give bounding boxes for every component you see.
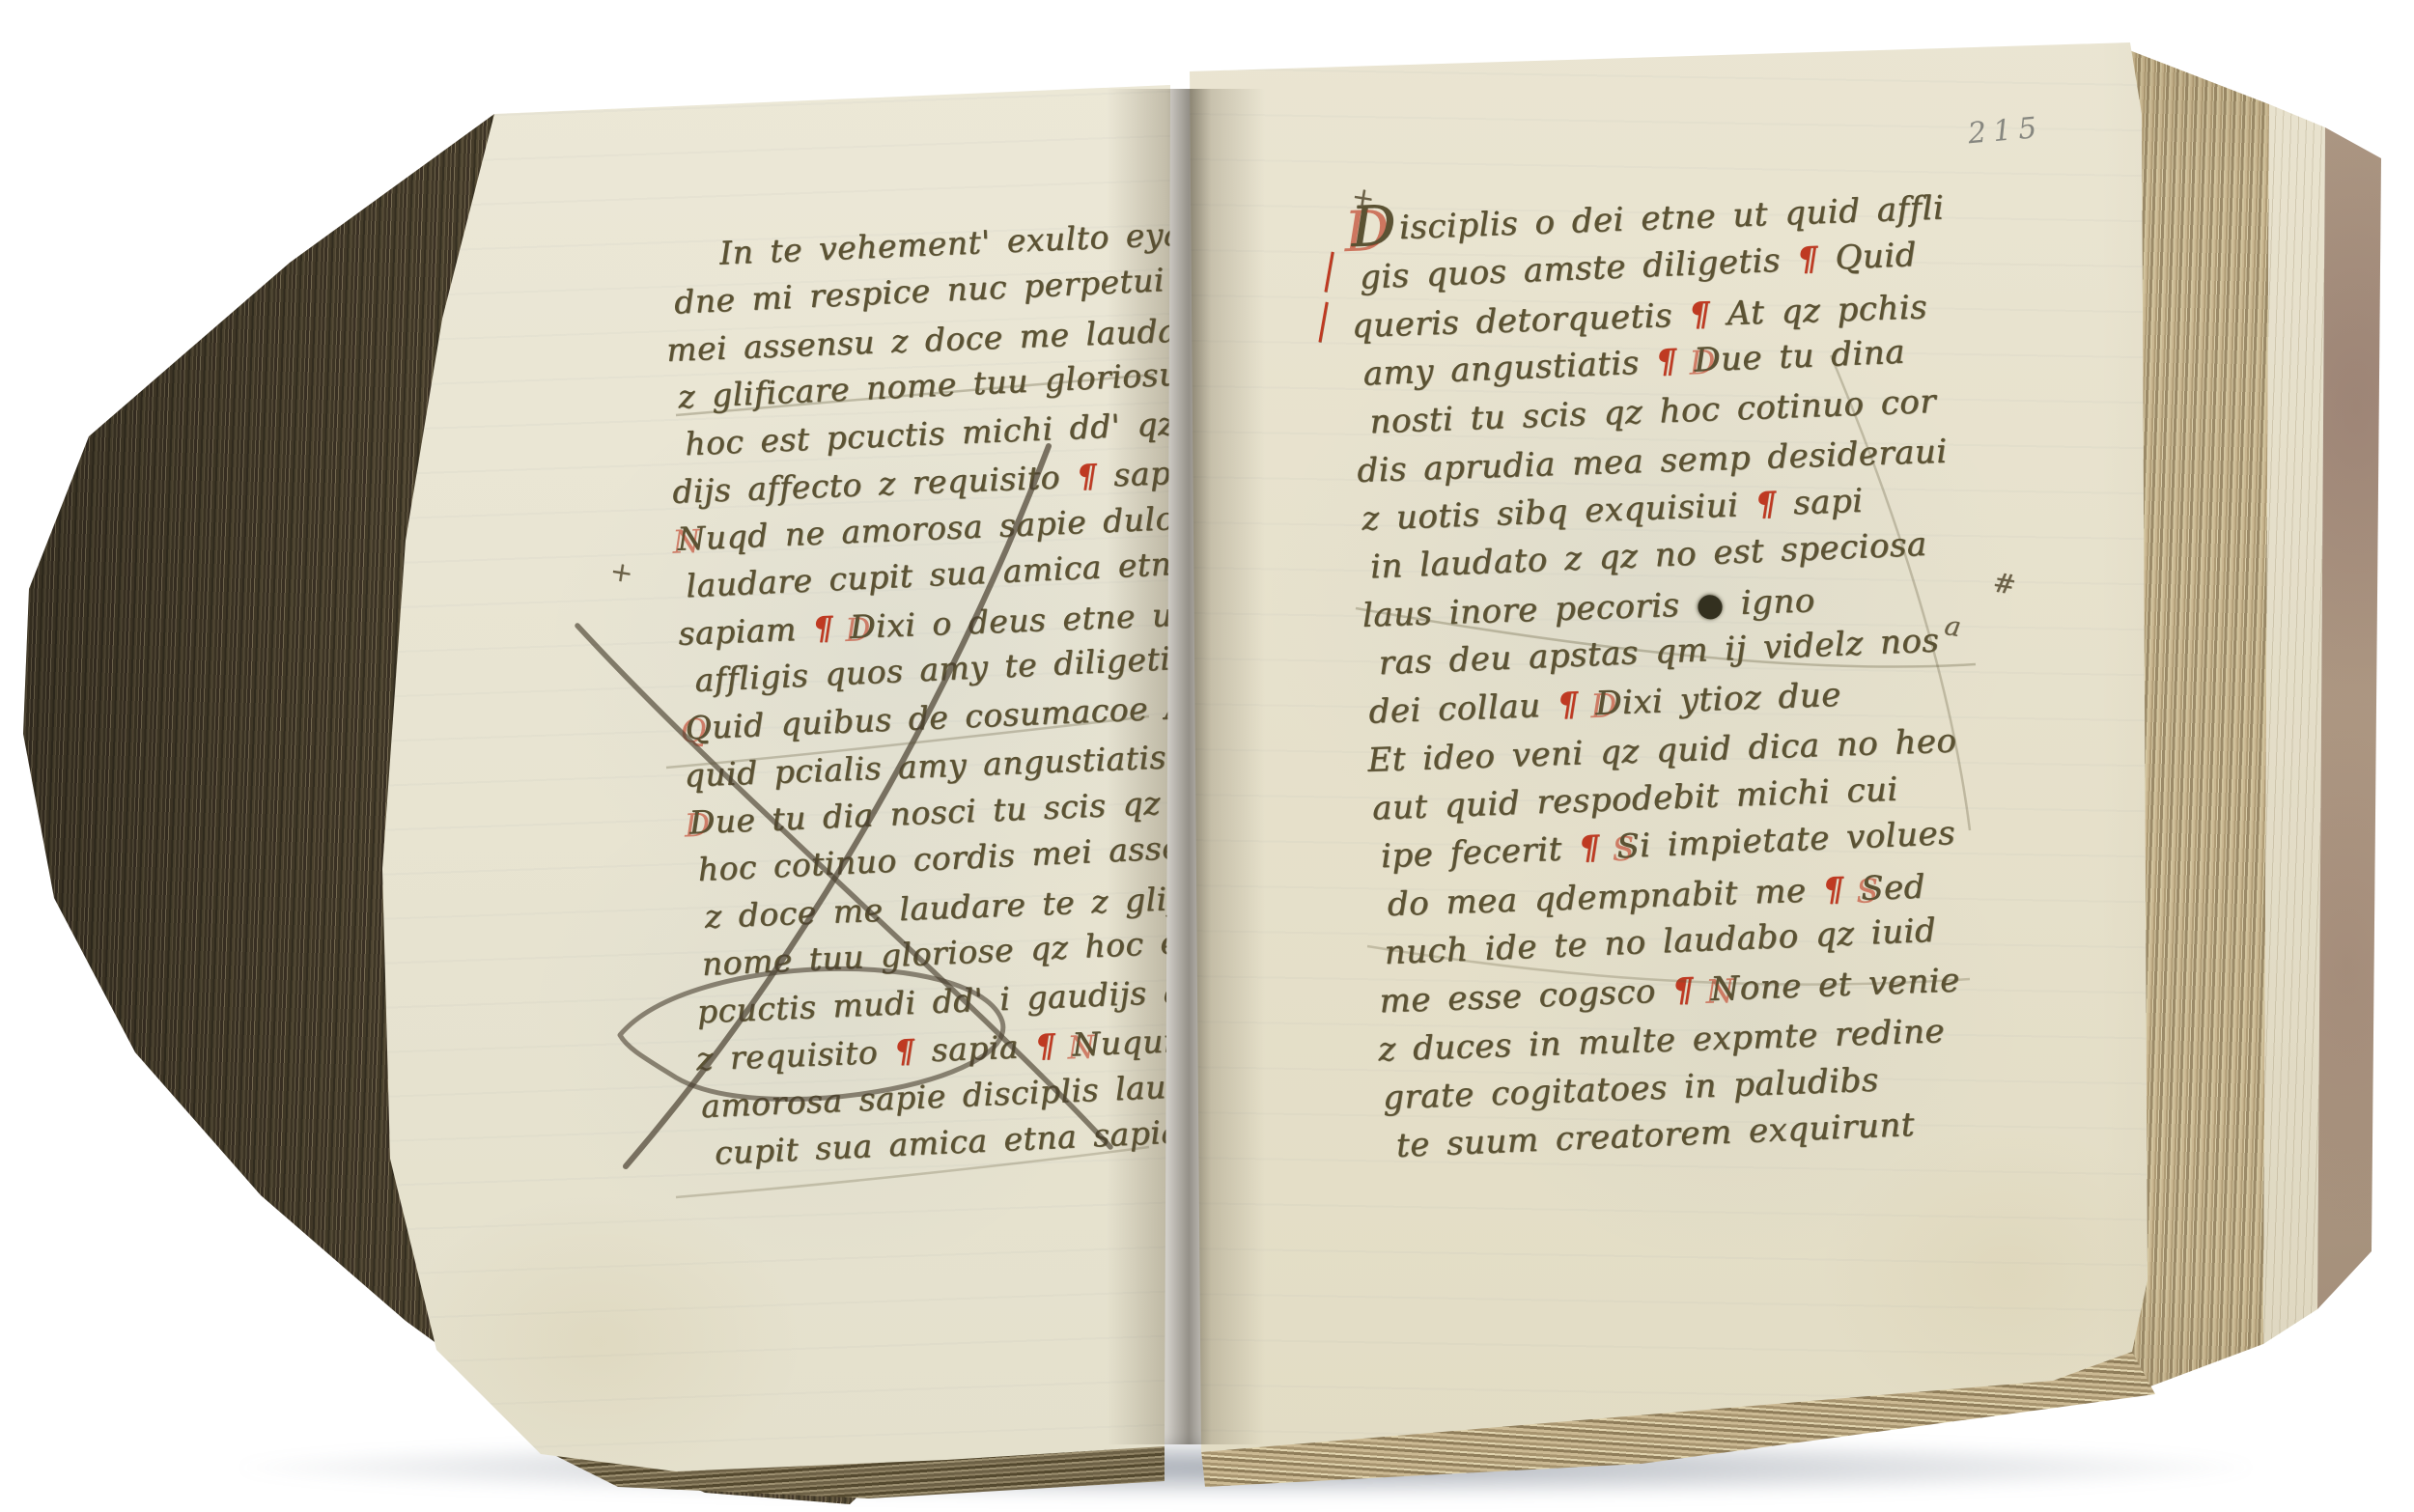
margin-mark: # [1991, 566, 2018, 601]
margin-mark: | [1315, 294, 1333, 344]
right-text-block: Disciplis o dei etne ut quid affligis qu… [1350, 176, 2022, 1171]
rubricated-letter: N [677, 519, 707, 558]
pilcrow-mark: ¶ [1688, 295, 1710, 335]
manuscript-scan: In te vehement' exulto eya qzdne mi resp… [0, 0, 2414, 1512]
rubricated-letter: D [1594, 684, 1622, 723]
margin-mark: + [608, 554, 635, 589]
ink-blot: ● [1696, 585, 1725, 623]
margin-mark: | [1321, 244, 1339, 294]
gutter-shadow [1107, 89, 1265, 1444]
rubricated-letter: D [1693, 340, 1721, 379]
pilcrow-mark: ¶ [1557, 686, 1580, 725]
rubricated-letter: S [1615, 826, 1640, 866]
pilcrow-mark: ¶ [1822, 870, 1844, 910]
rubricated-letter: N [1072, 1024, 1102, 1063]
pilcrow-mark: ¶ [1655, 342, 1678, 381]
rubricated-letter: D [849, 607, 876, 646]
rubricated-letter: N [1710, 969, 1741, 1009]
pilcrow-mark: ¶ [1754, 485, 1778, 524]
pilcrow-mark: ¶ [1578, 828, 1601, 868]
rubricated-letter: S [1860, 869, 1884, 909]
pilcrow-mark: ¶ [1034, 1026, 1056, 1065]
pilcrow-mark: ¶ [1796, 239, 1819, 279]
pilcrow-mark: ¶ [1671, 971, 1695, 1011]
rubricated-letter: D [688, 802, 716, 841]
rubricated-letter: Q [685, 708, 713, 746]
pilcrow-mark: ¶ [812, 609, 834, 648]
pilcrow-mark: ¶ [893, 1032, 915, 1071]
pilcrow-mark: ¶ [1076, 457, 1098, 495]
folio-number: 215 [1967, 111, 2045, 152]
